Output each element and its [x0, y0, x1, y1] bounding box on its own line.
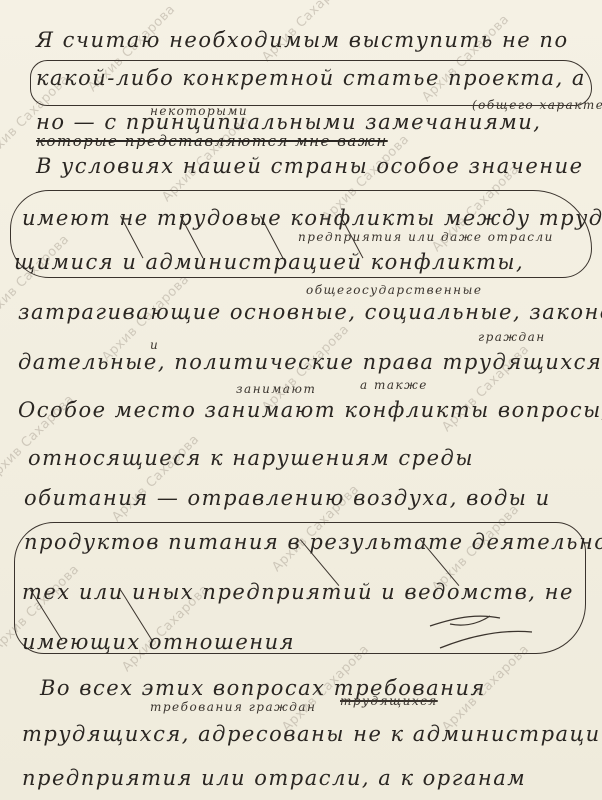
manuscript-insertion: и — [150, 338, 159, 352]
manuscript-insertion: требования граждан — [150, 700, 316, 714]
signature-scribble — [420, 612, 540, 652]
manuscript-line: предприятия или отрасли, а к органам — [22, 766, 526, 790]
manuscript-insertion: а также — [360, 378, 428, 392]
manuscript-line: затрагивающие основные, социальные, зако… — [18, 300, 602, 324]
manuscript-line: Особое место занимают конфликты вопросы; — [18, 398, 602, 422]
manuscript-line: В условиях нашей страны особое значение — [36, 154, 584, 178]
manuscript-insertion: граждан — [478, 330, 546, 344]
manuscript-line: какой-либо конкретной статье проекта, а — [36, 66, 586, 90]
manuscript-line: Я считаю необходимым выступить не по — [36, 28, 569, 52]
manuscript-line: но — с принципиальными замечаниями, — [36, 110, 541, 134]
manuscript-line: щимися и администрацией конфликты, — [14, 250, 524, 274]
manuscript-line: обитания — отравлению воздуха, воды и — [24, 486, 551, 510]
manuscript-line: тех или иных предприятий и ведомств, не — [22, 580, 574, 604]
manuscript-line: имеющих отношения — [22, 630, 295, 654]
manuscript-line: трудящихся, адресованы не к администраци… — [22, 722, 602, 746]
manuscript-insertion: трудящихся — [340, 694, 438, 708]
manuscript-line: которые представляются мне важн — [36, 132, 388, 150]
manuscript-insertion: некоторыми — [150, 104, 248, 118]
manuscript-insertion: занимают — [236, 382, 316, 396]
watermark: Архив Сахарова — [419, 12, 512, 105]
manuscript-insertion: (общего характера) — [472, 98, 602, 112]
manuscript-page: Архив СахароваАрхив СахароваАрхив Сахаро… — [0, 0, 602, 800]
manuscript-line: продуктов питания в результате деятельно… — [24, 530, 602, 554]
manuscript-line: имеют не трудовые конфликты между трудя- — [22, 206, 602, 230]
manuscript-insertion: предприятия или даже отрасли — [298, 230, 554, 244]
manuscript-line: относящиеся к нарушениям среды — [28, 446, 474, 470]
manuscript-line: дательные, политические права трудящихся — [18, 350, 602, 374]
manuscript-insertion: общегосударственные — [306, 283, 482, 297]
